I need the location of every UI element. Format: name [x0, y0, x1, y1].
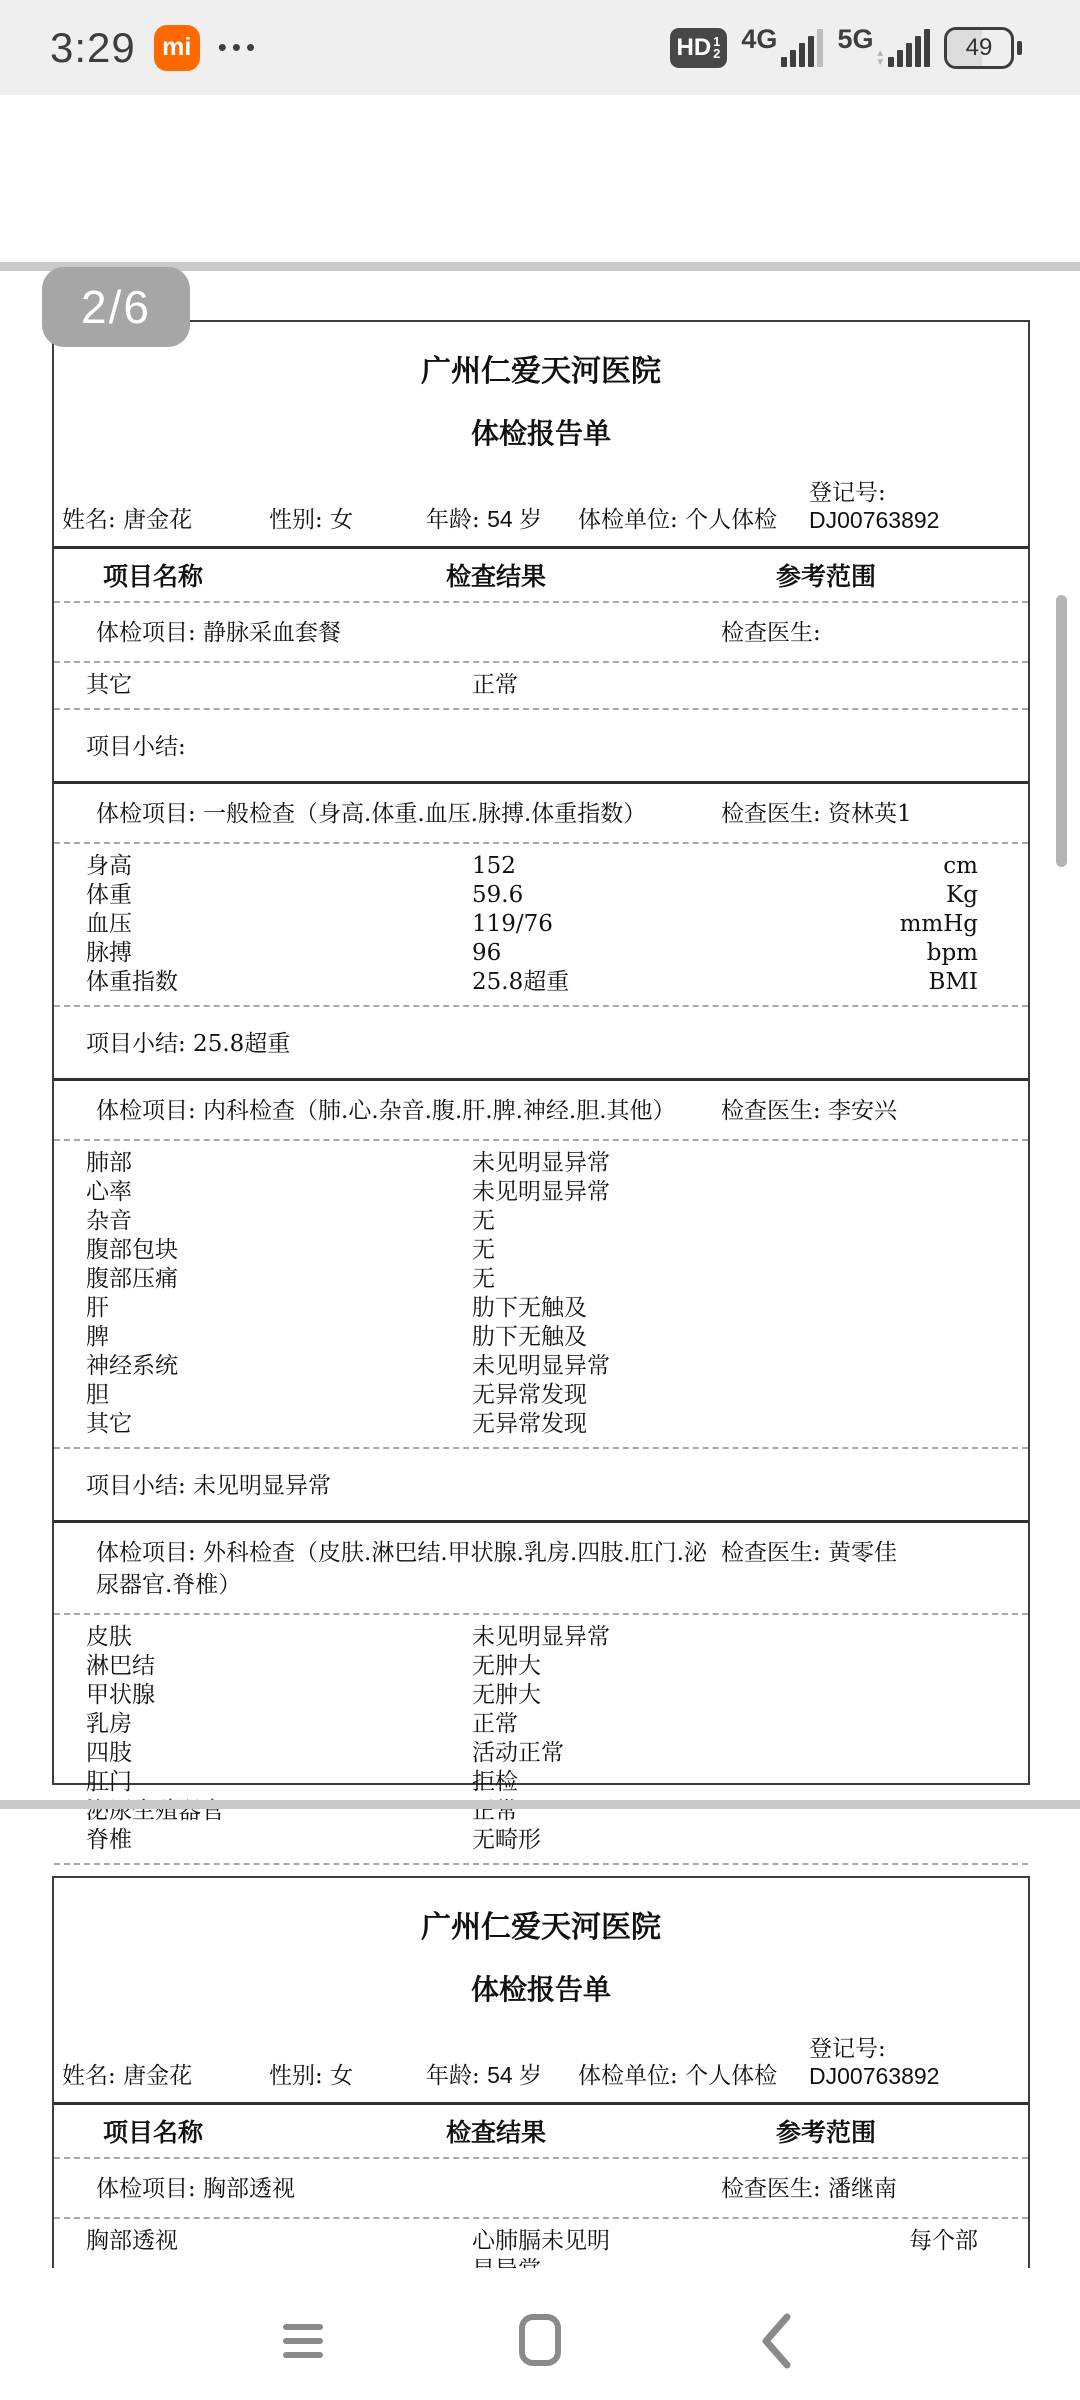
patient-gender: 女 [330, 2063, 353, 2089]
table-row: 其它 无异常发现 [54, 1410, 1028, 1439]
item-name: 胸部透视 [86, 2227, 472, 2268]
table-row: 体重 59.6 Kg [54, 881, 1028, 910]
item-result: 无肿大 [472, 1652, 898, 1681]
item-result: 96 [472, 939, 898, 968]
patient-info-row: 姓名: 唐金花 性别: 女 年龄: 54 岁 体检单位: 个人体检 登记号: D… [54, 452, 1028, 546]
item-reference [898, 1381, 978, 1410]
item-name: 体重 [86, 881, 472, 910]
item-result: 59.6 [472, 881, 898, 910]
item-name: 甲状腺 [86, 1681, 472, 1710]
section-items: 肺部 未见明显异常 心率 未见明显异常 杂音 无 腹部包块 [54, 1141, 1028, 1447]
viewer-divider-mid [0, 1800, 1080, 1809]
project-label: 体检项目: 胸部透视 [96, 2173, 721, 2205]
section-header: 体检项目: 静脉采血套餐 检查医生: [54, 603, 1028, 661]
item-reference [898, 1681, 978, 1710]
patient-reg-no: DJ00763892 [809, 2063, 939, 2089]
table-row: 胸部透视 心肺膈未见明显异常。 每个部 [54, 2227, 1028, 2268]
signal-4g-icon: 4G [741, 29, 823, 67]
table-row: 肛门 拒检 [54, 1768, 1028, 1797]
item-result: 肋下无触及 [472, 1323, 898, 1352]
table-row: 胆 无异常发现 [54, 1381, 1028, 1410]
project-label: 体检项目: 一般检查（身高.体重.血压.脉搏.体重指数） [96, 798, 721, 830]
item-name: 腹部包块 [86, 1236, 472, 1265]
item-reference [898, 1623, 978, 1652]
table-header-row: 项目名称 检查结果 参考范围 [54, 2105, 1028, 2157]
table-row: 脊椎 无畸形 [54, 1826, 1028, 1855]
doctor-label: 检查医生: 潘继南 [721, 2173, 1008, 2205]
item-name: 淋巴结 [86, 1652, 472, 1681]
doctor-label: 检查医生: [721, 617, 1008, 649]
battery-percent: 49 [966, 34, 993, 62]
hospital-name: 广州仁爱天河医院 [54, 1878, 1028, 1946]
item-reference [898, 1207, 978, 1236]
section-summary: 项目小结: 未见明显异常 [54, 1449, 1028, 1520]
item-result: 活动正常 [472, 1739, 898, 1768]
project-label: 体检项目: 内科检查（肺.心.杂音.腹.肝.脾.神经.胆.其他） [96, 1095, 721, 1127]
item-reference [898, 1710, 978, 1739]
menu-icon[interactable] [283, 2324, 323, 2358]
item-result: 无 [472, 1265, 898, 1294]
reg-label: 登记号: [809, 480, 886, 506]
table-row: 体重指数 25.8超重 BMI [54, 968, 1028, 997]
item-result: 拒检 [472, 1768, 898, 1797]
patient-unit: 个人体检 [685, 2063, 777, 2089]
table-row: 皮肤 未见明显异常 [54, 1623, 1028, 1652]
table-row: 腹部包块 无 [54, 1236, 1028, 1265]
page-indicator-badge: 2/6 [42, 267, 190, 347]
col-exam-result: 检查结果 [446, 2113, 776, 2149]
table-header-row: 项目名称 检查结果 参考范围 [54, 549, 1028, 601]
item-result: 未见明显异常 [472, 1352, 898, 1381]
table-row: 神经系统 未见明显异常 [54, 1352, 1028, 1381]
signal-5g-icon: 5G ▴▾ [837, 29, 930, 67]
item-name: 肺部 [86, 1149, 472, 1178]
reg-label: 登记号: [809, 2036, 886, 2062]
section-items: 皮肤 未见明显异常 淋巴结 无肿大 甲状腺 无肿大 乳房 [54, 1615, 1028, 1863]
item-result: 无 [472, 1236, 898, 1265]
table-row: 其它 正常 [54, 671, 1028, 700]
item-reference: mmHg [898, 910, 978, 939]
item-name: 心率 [86, 1178, 472, 1207]
home-icon[interactable] [519, 2314, 561, 2366]
patient-unit: 个人体检 [685, 507, 777, 533]
section-items: 身高 152 cm 体重 59.6 Kg 血压 119/76 mmHg [54, 844, 1028, 1005]
item-name: 四肢 [86, 1739, 472, 1768]
doctor-label: 检查医生: 资林英1 [721, 798, 1008, 830]
gender-label: 性别: [269, 507, 323, 533]
table-row: 脾 肋下无触及 [54, 1323, 1028, 1352]
item-result: 无肿大 [472, 1681, 898, 1710]
item-result: 未见明显异常 [472, 1178, 898, 1207]
page-2-viewport[interactable]: 广州仁爱天河医院 体检报告单 姓名: 唐金花 性别: 女 年龄: 54 岁 体检… [0, 1876, 1080, 2268]
patient-name: 唐金花 [123, 507, 192, 533]
patient-age: 54 岁 [487, 2062, 542, 2088]
item-reference [898, 1739, 978, 1768]
name-label: 姓名: [62, 2063, 116, 2089]
report-title: 体检报告单 [54, 1946, 1028, 2008]
section-items: 其它 正常 [54, 663, 1028, 708]
section-header: 体检项目: 内科检查（肺.心.杂音.腹.肝.脾.神经.胆.其他） 检查医生: 李… [54, 1081, 1028, 1139]
item-name: 腹部压痛 [86, 1265, 472, 1294]
project-label: 体检项目: 外科检查（皮肤.淋巴结.甲状腺.乳房.四肢.肛门.泌尿器官.脊椎） [96, 1537, 721, 1601]
report-page-2[interactable]: 广州仁爱天河医院 体检报告单 姓名: 唐金花 性别: 女 年龄: 54 岁 体检… [52, 1876, 1030, 2268]
patient-info-row: 姓名: 唐金花 性别: 女 年龄: 54 岁 体检单位: 个人体检 登记号: D… [54, 2008, 1028, 2102]
item-name: 肝 [86, 1294, 472, 1323]
item-result: 无 [472, 1207, 898, 1236]
more-dots-icon: ••• [218, 32, 260, 63]
item-name: 其它 [86, 671, 472, 700]
item-result: 152 [472, 852, 898, 881]
unit-label: 体检单位: [578, 507, 678, 533]
table-row: 甲状腺 无肿大 [54, 1681, 1028, 1710]
item-name: 皮肤 [86, 1623, 472, 1652]
section-header: 体检项目: 胸部透视 检查医生: 潘继南 [54, 2159, 1028, 2217]
project-label: 体检项目: 静脉采血套餐 [96, 617, 721, 649]
section-summary: 项目小结: 25.8超重 [54, 1007, 1028, 1078]
section-header: 体检项目: 一般检查（身高.体重.血压.脉搏.体重指数） 检查医生: 资林英1 [54, 784, 1028, 842]
item-reference: Kg [898, 881, 978, 910]
item-name: 乳房 [86, 1710, 472, 1739]
item-result: 无异常发现 [472, 1381, 898, 1410]
item-reference [898, 1768, 978, 1797]
col-project-name: 项目名称 [103, 2113, 446, 2149]
patient-age: 54 岁 [487, 506, 542, 532]
item-name: 脾 [86, 1323, 472, 1352]
gender-label: 性别: [269, 2063, 323, 2089]
item-name: 脉搏 [86, 939, 472, 968]
item-name: 神经系统 [86, 1352, 472, 1381]
table-row: 血压 119/76 mmHg [54, 910, 1028, 939]
item-result: 25.8超重 [472, 968, 898, 997]
item-reference: 每个部 [898, 2227, 978, 2268]
item-result: 心肺膈未见明显异常。 [472, 2227, 622, 2268]
section-items: 胸部透视 心肺膈未见明显异常。 每个部 [54, 2219, 1028, 2268]
clock: 3:29 [50, 24, 136, 72]
item-reference [898, 1149, 978, 1178]
item-result: 119/76 [472, 910, 898, 939]
table-row: 四肢 活动正常 [54, 1739, 1028, 1768]
mi-logo: mi [154, 25, 200, 71]
scrollbar-thumb[interactable] [1056, 595, 1067, 867]
table-row: 身高 152 cm [54, 852, 1028, 881]
item-name: 血压 [86, 910, 472, 939]
item-reference [898, 1826, 978, 1855]
doctor-label: 检查医生: 李安兴 [721, 1095, 1008, 1127]
patient-gender: 女 [330, 507, 353, 533]
item-reference [898, 1652, 978, 1681]
patient-reg-no: DJ00763892 [809, 507, 939, 533]
back-icon[interactable] [758, 2312, 794, 2374]
item-result: 肋下无触及 [472, 1294, 898, 1323]
table-row: 杂音 无 [54, 1207, 1028, 1236]
item-reference: BMI [898, 968, 978, 997]
hospital-name: 广州仁爱天河医院 [54, 322, 1028, 390]
section-summary: 项目小结: [54, 710, 1028, 781]
age-label: 年龄: [426, 507, 480, 533]
item-name: 脊椎 [86, 1826, 472, 1855]
item-reference [898, 1178, 978, 1207]
name-label: 姓名: [62, 507, 116, 533]
age-label: 年龄: [426, 2063, 480, 2089]
phone-screen: 3:29 mi ••• HD 1 2 4G [0, 0, 1080, 2400]
item-reference [898, 1294, 978, 1323]
table-row: 脉搏 96 bpm [54, 939, 1028, 968]
item-result: 未见明显异常 [472, 1623, 898, 1652]
item-name: 胆 [86, 1381, 472, 1410]
item-result: 无异常发现 [472, 1410, 898, 1439]
table-row: 乳房 正常 [54, 1710, 1028, 1739]
report-title: 体检报告单 [54, 390, 1028, 452]
item-result: 未见明显异常 [472, 1149, 898, 1178]
table-row: 腹部压痛 无 [54, 1265, 1028, 1294]
patient-name: 唐金花 [123, 2063, 192, 2089]
battery-icon: 49 [944, 27, 1022, 69]
item-name: 身高 [86, 852, 472, 881]
col-project-name: 项目名称 [103, 557, 446, 593]
item-name: 肛门 [86, 1768, 472, 1797]
col-exam-result: 检查结果 [446, 557, 776, 593]
table-row: 淋巴结 无肿大 [54, 1652, 1028, 1681]
table-row: 肝 肋下无触及 [54, 1294, 1028, 1323]
data-arrows-icon: ▴▾ [877, 49, 883, 67]
col-reference-range: 参考范围 [776, 557, 1028, 593]
section-header: 体检项目: 外科检查（皮肤.淋巴结.甲状腺.乳房.四肢.肛门.泌尿器官.脊椎） … [54, 1523, 1028, 1613]
table-row: 肺部 未见明显异常 [54, 1149, 1028, 1178]
item-reference [898, 1323, 978, 1352]
item-name: 杂音 [86, 1207, 472, 1236]
item-reference [898, 1265, 978, 1294]
status-bar-left: 3:29 mi ••• [50, 24, 260, 72]
item-reference [898, 1352, 978, 1381]
status-bar-right: HD 1 2 4G 5G ▴▾ [670, 27, 1023, 69]
hd-volte-icon: HD 1 2 [670, 28, 728, 68]
item-result: 正常 [472, 1710, 898, 1739]
report-page-1[interactable]: 广州仁爱天河医院 体检报告单 姓名: 唐金花 性别: 女 年龄: 54 岁 体检… [52, 320, 1030, 1785]
col-reference-range: 参考范围 [776, 2113, 1028, 2149]
table-row: 心率 未见明显异常 [54, 1178, 1028, 1207]
item-reference: cm [898, 852, 978, 881]
item-result: 无畸形 [472, 1826, 898, 1855]
unit-label: 体检单位: [578, 2063, 678, 2089]
status-bar: 3:29 mi ••• HD 1 2 4G [0, 0, 1080, 95]
item-name: 其它 [86, 1410, 472, 1439]
item-reference [898, 1410, 978, 1439]
item-reference [898, 1236, 978, 1265]
doctor-label: 检查医生: 黄零佳 [721, 1537, 1008, 1569]
navigation-bar [0, 2300, 1080, 2400]
item-reference [898, 671, 978, 700]
item-name: 体重指数 [86, 968, 472, 997]
item-reference: bpm [898, 939, 978, 968]
item-result: 正常 [472, 671, 898, 700]
